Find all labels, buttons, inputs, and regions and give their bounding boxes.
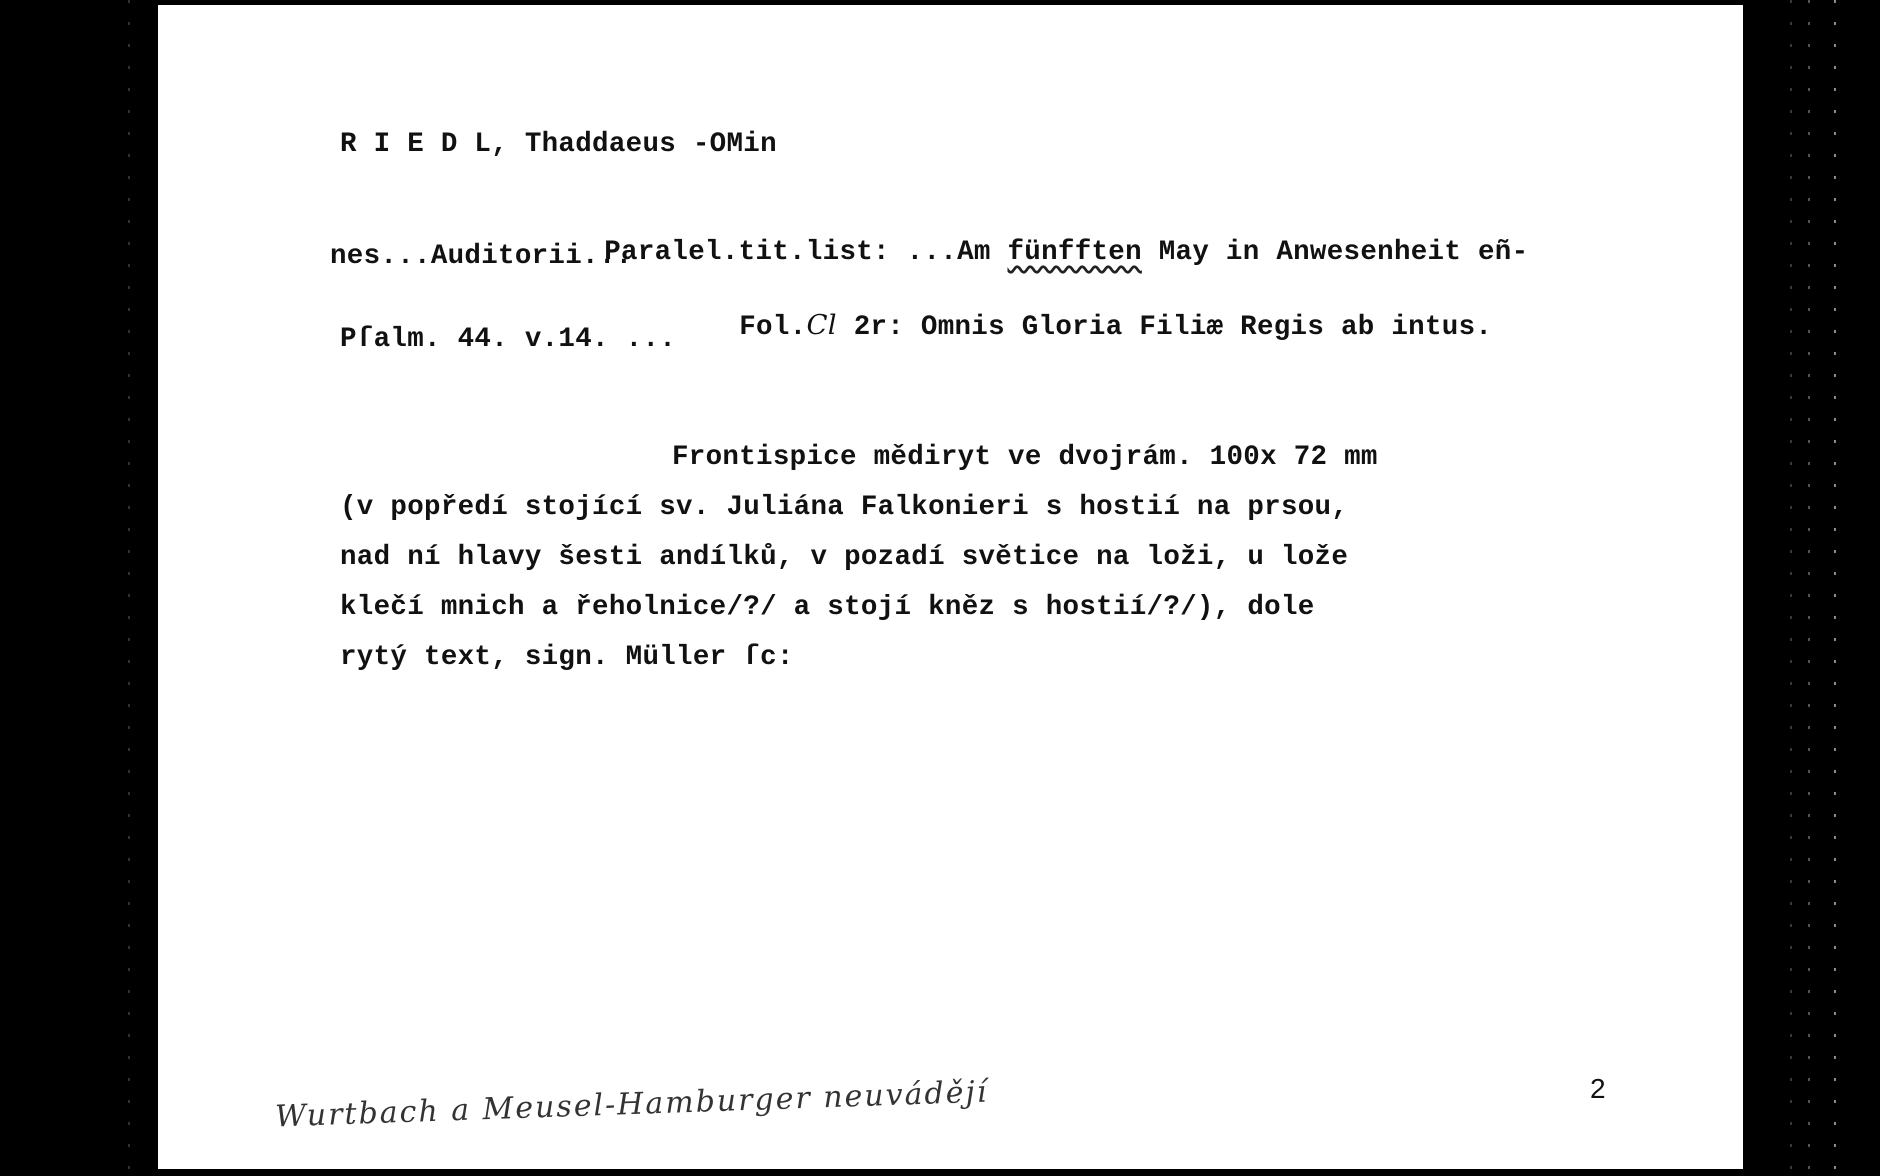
parallel-title-line-2: nes...Auditorii... — [330, 241, 632, 272]
description-line-3: nad ní hlavy šesti andílků, v pozadí svě… — [340, 542, 1348, 573]
handwritten-folio-mark: Cl — [806, 309, 836, 341]
folio-text: 2r: Omnis Gloria Filiæ Regis ab intus. — [854, 312, 1493, 343]
film-edge-speckle — [1834, 0, 1836, 1176]
folio-line: Fol.Cl 2r: Omnis Gloria Filiæ Regis ab i… — [672, 278, 1492, 374]
page-number: 2 — [1590, 1073, 1606, 1105]
film-edge-speckle — [1808, 0, 1810, 1176]
underlined-word: fünfften — [1007, 237, 1141, 268]
parallel-title-suffix: May in Anwesenheit eñ- — [1142, 237, 1528, 268]
description-line-1: Frontispice mědiryt ve dvojrám. 100x 72 … — [672, 442, 1378, 473]
catalog-card: R I E D L, Thaddaeus -OMin Paralel.tit.l… — [158, 5, 1743, 1169]
psalm-line: Pſalm. 44. v.14. ... — [340, 324, 676, 355]
description-line-5: rytý text, sign. Müller ſc: — [340, 642, 794, 673]
folio-prefix: Fol. — [739, 312, 806, 343]
card-heading: R I E D L, Thaddaeus -OMin — [340, 129, 777, 160]
film-edge-speckle — [1790, 0, 1792, 1176]
description-line-2: (v popředí stojící sv. Juliána Falkonier… — [340, 492, 1348, 523]
film-edge-speckle — [128, 0, 130, 1176]
handwritten-note: Wurtbach a Meusel-Hamburger neuvádějí — [275, 1075, 989, 1135]
parallel-title-prefix: Paralel.tit.list: ...Am — [604, 237, 1007, 268]
description-line-4: klečí mnich a řeholnice/?/ a stojí kněz … — [340, 592, 1315, 623]
